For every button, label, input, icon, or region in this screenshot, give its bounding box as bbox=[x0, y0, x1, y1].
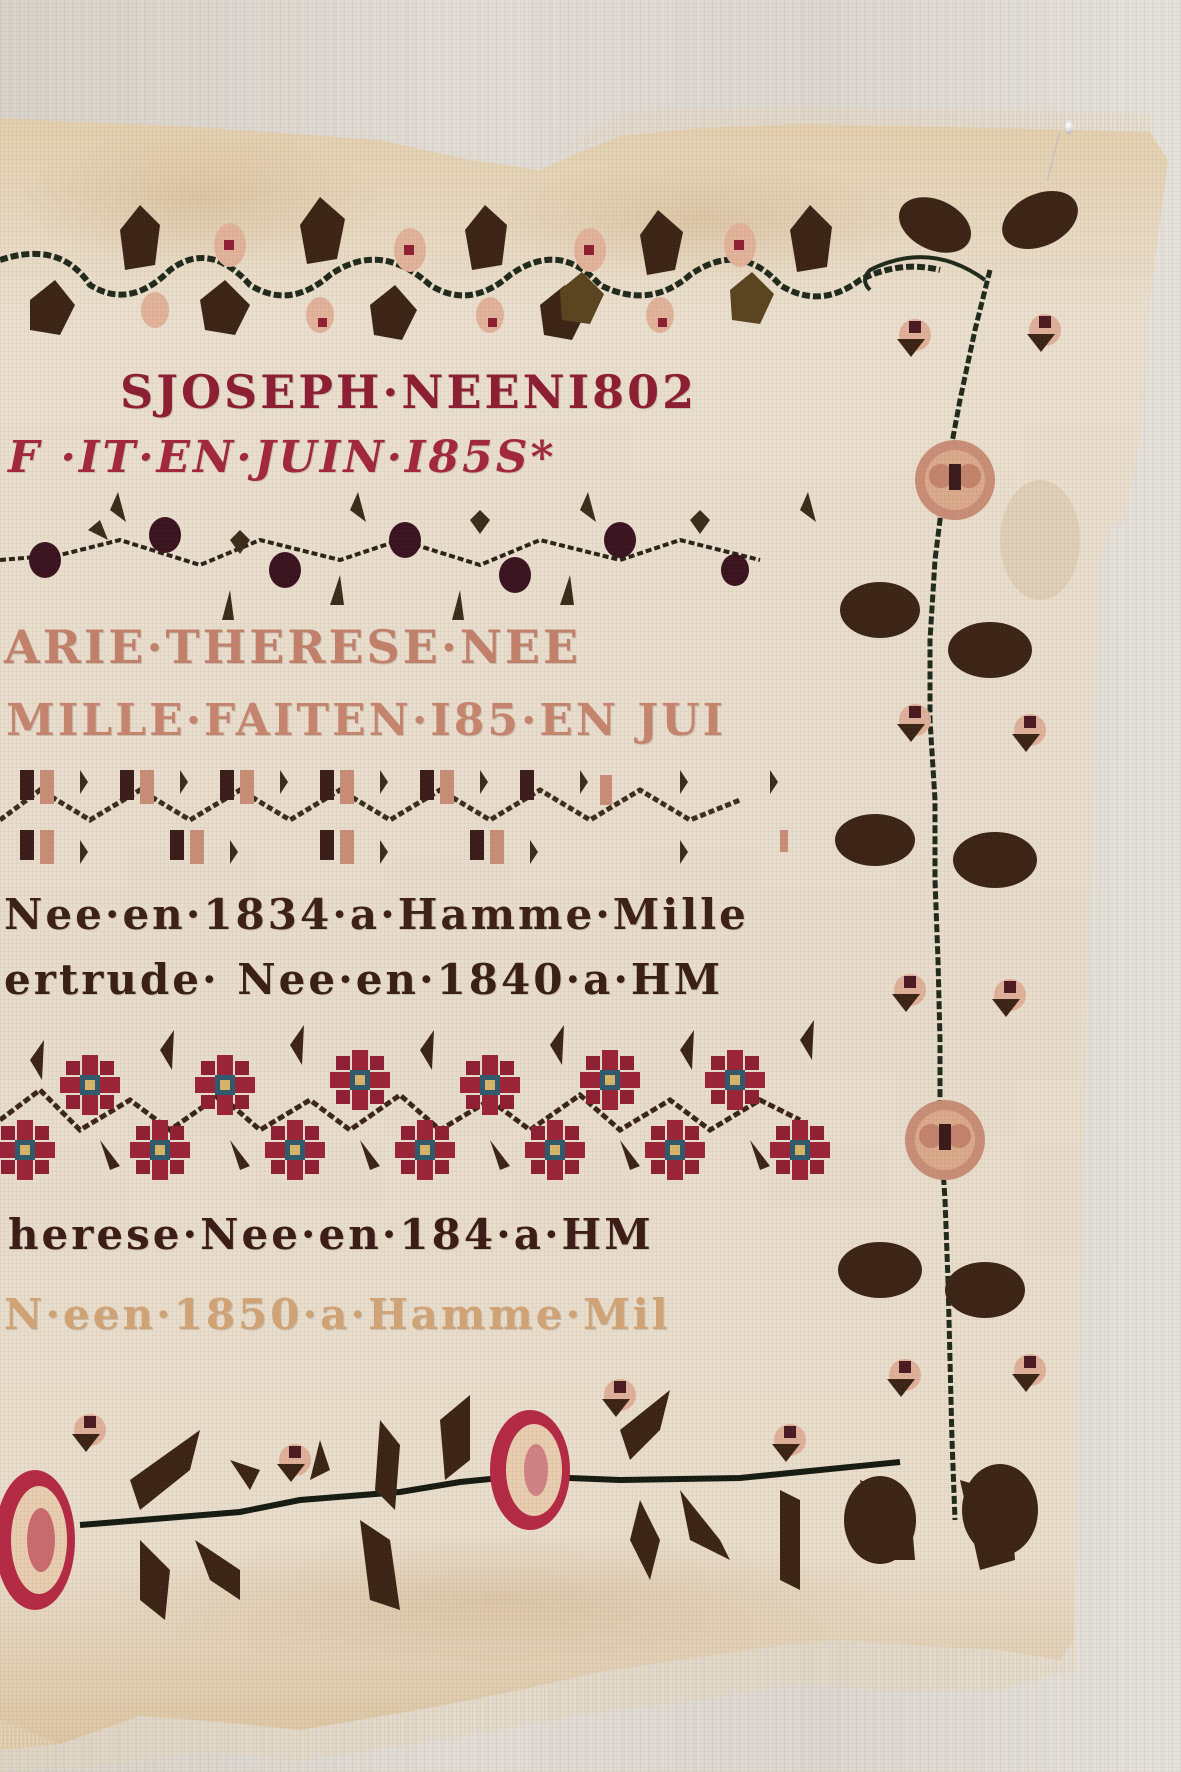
stitched-text-line-5: Nee·en·1834·a·Hamme·Mille bbox=[4, 890, 749, 939]
text: ARIE·THERESE·NEE bbox=[4, 620, 581, 674]
stitched-text-line-8: N·een·1850·a·Hamme·Mil bbox=[4, 1290, 671, 1339]
text: Nee·en·1834·a·Hamme·Mille bbox=[4, 890, 749, 939]
stitched-text-line-2: F ·IT·EN·JUIN·I85S* bbox=[8, 432, 557, 483]
text: SJOSEPH·NEENI802 bbox=[120, 365, 697, 419]
text: herese·Nee·en·184·a·HM bbox=[8, 1210, 654, 1259]
text: F ·IT·EN·JUIN·I85S* bbox=[8, 432, 557, 483]
stitched-text-line-7: herese·Nee·en·184·a·HM bbox=[8, 1210, 654, 1259]
pin-head-icon bbox=[1065, 120, 1073, 134]
sampler-artwork bbox=[0, 0, 1181, 1772]
text: ertrude· Nee·en·1840·a·HM bbox=[4, 955, 723, 1004]
text: MILLE·FAITEN·I85·EN JUI bbox=[6, 695, 726, 746]
stitched-text-line-6: ertrude· Nee·en·1840·a·HM bbox=[4, 955, 723, 1004]
text: N·een·1850·a·Hamme·Mil bbox=[4, 1290, 671, 1339]
stitched-text-line-3: ARIE·THERESE·NEE bbox=[4, 620, 581, 674]
sampler-cloth: SJOSEPH·NEENI802 F ·IT·EN·JUIN·I85S* ARI… bbox=[0, 0, 1181, 1772]
stitched-text-line-1: SJOSEPH·NEENI802 bbox=[120, 365, 697, 419]
stitched-text-line-4: MILLE·FAITEN·I85·EN JUI bbox=[6, 695, 726, 746]
